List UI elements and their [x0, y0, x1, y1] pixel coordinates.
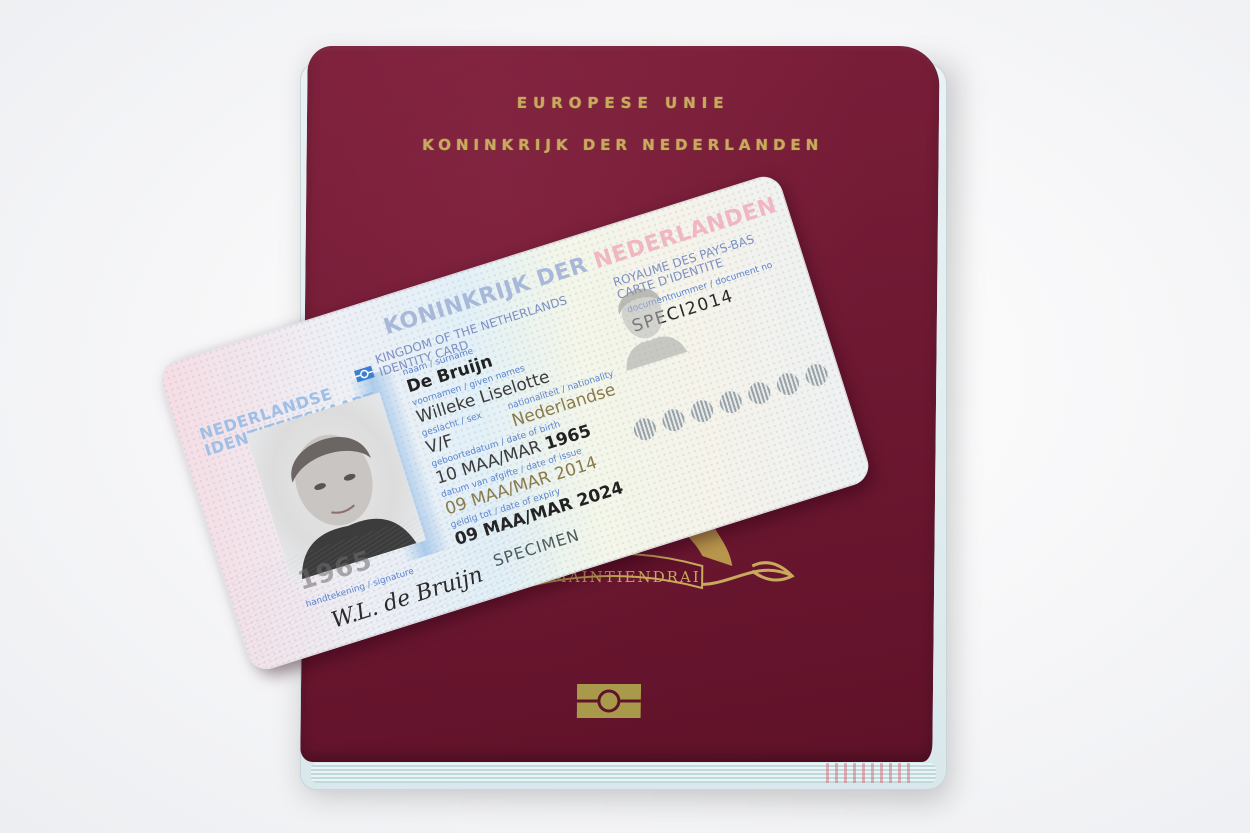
passport-page-edge: [311, 763, 936, 783]
biometric-chip-icon: [577, 684, 641, 718]
cover-title-kingdom: KONINKRIJK DER NEDERLANDEN: [307, 136, 939, 154]
cover-title-eu: EUROPESE UNIE: [307, 94, 939, 112]
